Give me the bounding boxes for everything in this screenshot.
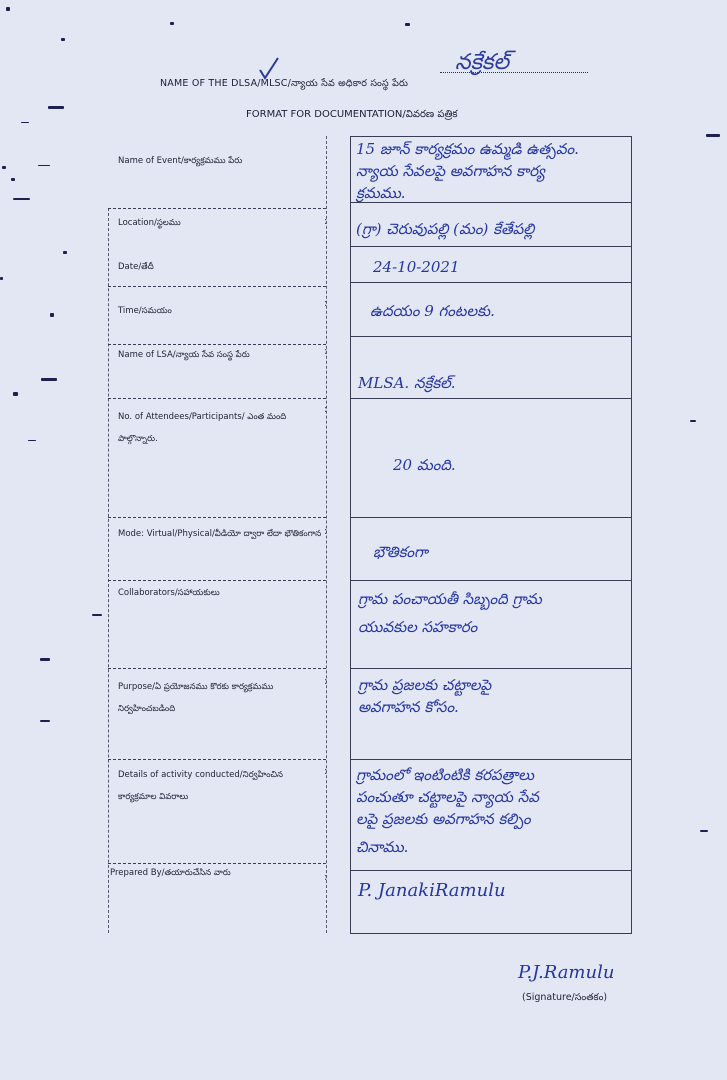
label-separator bbox=[108, 344, 326, 345]
row-separator bbox=[350, 668, 632, 669]
row-separator bbox=[350, 246, 632, 247]
value-lsa-name: MLSA. నక్రేకల్. bbox=[358, 372, 456, 394]
label-activity-details: Details of activity conducted/నిర్వహించి… bbox=[118, 764, 323, 808]
colon: : bbox=[324, 766, 327, 777]
row-separator bbox=[350, 336, 632, 337]
value-column-left-border bbox=[350, 136, 351, 933]
row-separator bbox=[350, 136, 632, 137]
value-event-name-line2: న్యాయ సేవలపై అవగాహన కార్య bbox=[356, 160, 545, 182]
value-attendees: 20 మంది. bbox=[393, 454, 456, 476]
row-separator bbox=[350, 870, 632, 871]
value-purpose-line2: అవగాహన కోసం. bbox=[358, 696, 459, 718]
colon: : bbox=[324, 346, 327, 357]
label-mode: Mode: Virtual/Physical/వీడియో ద్వారా లేద… bbox=[118, 524, 323, 544]
label-separator bbox=[108, 580, 326, 581]
value-prepared-by: P. JanakiRamulu bbox=[358, 880, 506, 902]
label-collaborators: Collaborators/సహాయకులు bbox=[118, 586, 318, 600]
colon: : bbox=[324, 404, 327, 415]
label-date: Date/తేదీ bbox=[118, 260, 318, 274]
value-column-right-border bbox=[631, 136, 632, 933]
label-purpose: Purpose/ఏ ప్రయోజనము కొరకు కార్యక్రమము ని… bbox=[118, 676, 323, 720]
value-collaborators-line2: యువకుల సహకారం bbox=[358, 616, 477, 638]
value-date: 24-10-2021 bbox=[373, 256, 459, 278]
label-location: Location/స్థలము bbox=[118, 216, 318, 230]
value-activity-details-line2: పంచుతూ చట్టాలపై న్యాయ సేవ bbox=[356, 786, 539, 808]
row-separator bbox=[350, 282, 632, 283]
format-title: FORMAT FOR DOCUMENTATION/వివరణ పత్రిక bbox=[246, 108, 458, 122]
documentation-form: Name of Event/కార్యక్రమము పేరు 15 జూన్ క… bbox=[108, 136, 633, 936]
signature-label: (Signature/సంతకం) bbox=[522, 992, 607, 1005]
row-separator bbox=[350, 517, 632, 518]
value-activity-details-line3: లపై ప్రజలకు అవగాహన కల్పిం bbox=[356, 808, 531, 830]
label-separator bbox=[108, 863, 326, 864]
label-separator bbox=[108, 517, 326, 518]
row-separator bbox=[350, 580, 632, 581]
colon: : bbox=[324, 872, 327, 883]
value-mode: భౌతికంగా bbox=[373, 541, 428, 563]
label-event-name: Name of Event/కార్యక్రమము పేరు bbox=[118, 154, 318, 168]
value-time: ఉదయం 9 గంటలకు. bbox=[370, 300, 495, 322]
label-prepared-by: Prepared By/తయారుచేసిన వారు bbox=[110, 866, 310, 880]
value-collaborators-line1: గ్రామ పంచాయతీ సిబ్బంది గ్రామ bbox=[358, 588, 542, 610]
label-time: Time/సమయం bbox=[118, 304, 318, 318]
label-lsa-name: Name of LSA/న్యాయ సేవ సంస్థ పేరు bbox=[118, 348, 318, 362]
colon: : bbox=[324, 526, 327, 537]
row-separator bbox=[350, 933, 632, 934]
value-event-name-line1: 15 జూన్ కార్యక్రమం ఉమ్మడి ఉత్సవం. bbox=[356, 138, 579, 160]
dlsa-name-value: నక్రేకల్ bbox=[455, 50, 509, 80]
value-location: (గ్రా) చెరువుపల్లి (మం) కేతేపల్లి bbox=[356, 218, 534, 240]
label-separator bbox=[108, 208, 326, 209]
colon: : bbox=[324, 676, 327, 687]
label-attendees: No. of Attendees/Participants/ ఎంత మంది … bbox=[118, 406, 308, 450]
value-activity-details-line4: చినాము. bbox=[356, 836, 408, 858]
label-separator bbox=[108, 759, 326, 760]
signature-mark: P.J.Ramulu bbox=[518, 962, 614, 983]
label-column-left-border bbox=[108, 208, 109, 933]
label-separator bbox=[108, 398, 326, 399]
row-separator bbox=[350, 398, 632, 399]
value-purpose-line1: గ్రామ ప్రజలకు చట్టాలపై bbox=[358, 674, 491, 696]
row-separator bbox=[350, 759, 632, 760]
value-activity-details-line1: గ్రామంలో ఇంటింటికి కరపత్రాలు bbox=[356, 764, 534, 786]
value-event-name-line3: క్రమము. bbox=[356, 182, 406, 204]
checkmark-icon bbox=[258, 56, 280, 80]
colon: : bbox=[324, 298, 327, 309]
dlsa-name-label: NAME OF THE DLSA/MLSC/న్యాయ సేవ అధికార స… bbox=[160, 78, 408, 91]
label-separator bbox=[108, 668, 326, 669]
label-separator bbox=[108, 286, 326, 287]
colon: : bbox=[324, 216, 327, 227]
